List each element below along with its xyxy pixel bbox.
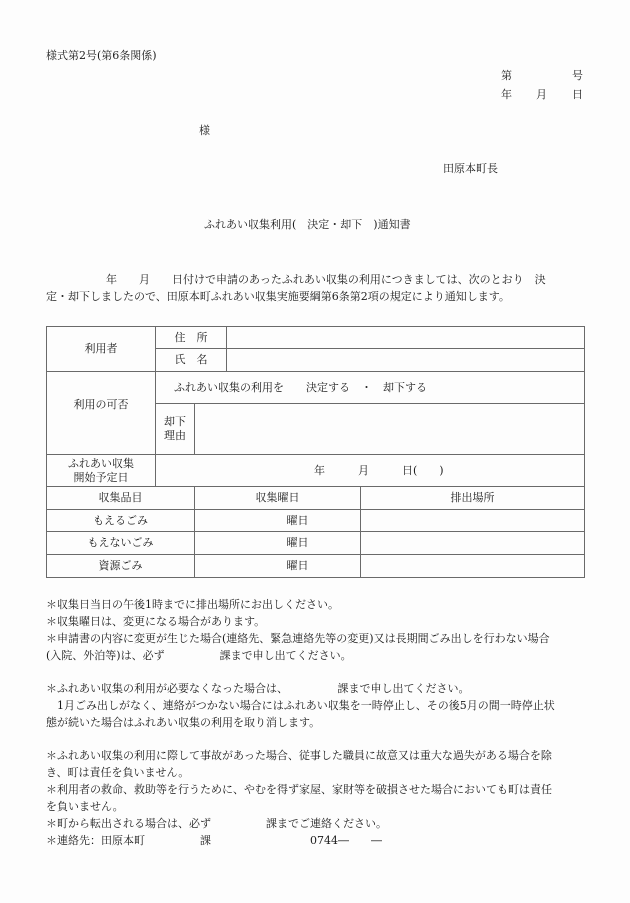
notes-block-3: ＊ふれあい収集の利用に際して事故があった場合、従事した職員に故意又は重大な過失が… (46, 747, 591, 849)
address-field[interactable] (227, 327, 585, 349)
start-label-2: 開始予定日 (74, 471, 129, 484)
intro-paragraph: 年 月 日付けで申請のあったふれあい収集の利用につきましては、次のとおり 決 定… (46, 271, 586, 305)
date-month-label: 月 (536, 89, 547, 100)
approval-choice[interactable]: ふれあい収集の利用を 決定する ・ 却下する (156, 372, 585, 404)
note-2: ＊収集曜日は、変更になる場合があります。 (46, 613, 591, 630)
note-1: ＊収集日当日の午後1時までに排出場所にお出しください。 (46, 596, 591, 613)
user-label: 利用者 (47, 327, 156, 372)
rejection-label-1: 却下 (164, 415, 186, 428)
header-disposal-place: 排出場所 (361, 487, 585, 510)
row-recyclable-place[interactable] (361, 555, 585, 578)
notification-table: 利用者 住 所 氏 名 利用の可否 ふれあい収集の利用を 決定する ・ 却下する… (46, 326, 585, 578)
form-number: 様式第2号(第6条関係) (46, 50, 157, 61)
row-burnable-day[interactable]: 曜日 (195, 510, 361, 532)
addressee-suffix: 様 (199, 125, 210, 136)
note-3b: (入院、外泊等)は、必ず 課まで申し出てください。 (46, 647, 591, 664)
notes-block-1: ＊収集日当日の午後1時までに排出場所にお出しください。 ＊収集曜日は、変更になる… (46, 596, 591, 664)
note-7a: ＊利用者の救命、救助等を行うために、やむを得ず家屋、家財等を破損させた場合におい… (46, 781, 591, 798)
doc-number-suffix: 号 (572, 70, 583, 81)
intro-line-2: 定・却下しましたので、田原本町ふれあい収集実施要綱第6条第2項の規定により通知し… (46, 288, 586, 305)
notes-block-2: ＊ふれあい収集の利用が必要なくなった場合は、 課まで申し出てください。 1月ごみ… (46, 680, 591, 731)
name-field[interactable] (227, 349, 585, 372)
intro-line-1: 年 月 日付けで申請のあったふれあい収集の利用につきましては、次のとおり 決 (46, 271, 586, 288)
date-year-label: 年 (501, 89, 512, 100)
note-5a: 1月ごみ出しがなく、連絡がつかない場合にはふれあい収集を一時停止し、その後5月の… (46, 697, 591, 714)
note-5b: 態が続いた場合はふれあい収集の利用を取り消します。 (46, 714, 591, 731)
day-suffix: 曜日 (247, 536, 309, 549)
header-collection-item: 収集品目 (47, 487, 195, 510)
rejection-label-2: 理由 (164, 429, 186, 442)
name-label: 氏 名 (156, 349, 227, 372)
header-collection-day: 収集曜日 (195, 487, 361, 510)
start-date-field[interactable]: 年 月 日( ) (156, 455, 585, 487)
note-6b: き、町は責任を負いません。 (46, 764, 591, 781)
row-nonburnable-place[interactable] (361, 532, 585, 555)
row-recyclable-item: 資源ごみ (47, 555, 195, 578)
address-label: 住 所 (156, 327, 227, 349)
rejection-reason-label: 却下 理由 (156, 404, 195, 455)
start-date-label: ふれあい収集 開始予定日 (47, 455, 156, 487)
date-day-label: 日 (572, 89, 583, 100)
note-8: ＊町から転出される場合は、必ず 課までご連絡ください。 (46, 815, 591, 832)
issuer: 田原本町長 (443, 163, 498, 174)
doc-number-prefix: 第 (501, 70, 512, 81)
day-suffix: 曜日 (247, 514, 309, 527)
note-6a: ＊ふれあい収集の利用に際して事故があった場合、従事した職員に故意又は重大な過失が… (46, 747, 591, 764)
row-recyclable-day[interactable]: 曜日 (195, 555, 361, 578)
row-burnable-place[interactable] (361, 510, 585, 532)
row-nonburnable-item: もえないごみ (47, 532, 195, 555)
start-label-1: ふれあい収集 (68, 457, 134, 470)
rejection-reason-field[interactable] (195, 404, 585, 455)
note-3a: ＊申請書の内容に変更が生じた場合(連絡先、緊急連絡先等の変更)又は長期間ごみ出し… (46, 630, 591, 647)
note-9-contact: ＊連絡先：田原本町 課 0744― ― (46, 832, 591, 849)
row-burnable-item: もえるごみ (47, 510, 195, 532)
row-nonburnable-day[interactable]: 曜日 (195, 532, 361, 555)
approval-label: 利用の可否 (47, 372, 156, 455)
note-4: ＊ふれあい収集の利用が必要なくなった場合は、 課まで申し出てください。 (46, 680, 591, 697)
document-title: ふれあい収集利用( 決定・却下 )通知書 (204, 219, 411, 230)
note-7b: を負いません。 (46, 798, 591, 815)
day-suffix: 曜日 (247, 559, 309, 572)
